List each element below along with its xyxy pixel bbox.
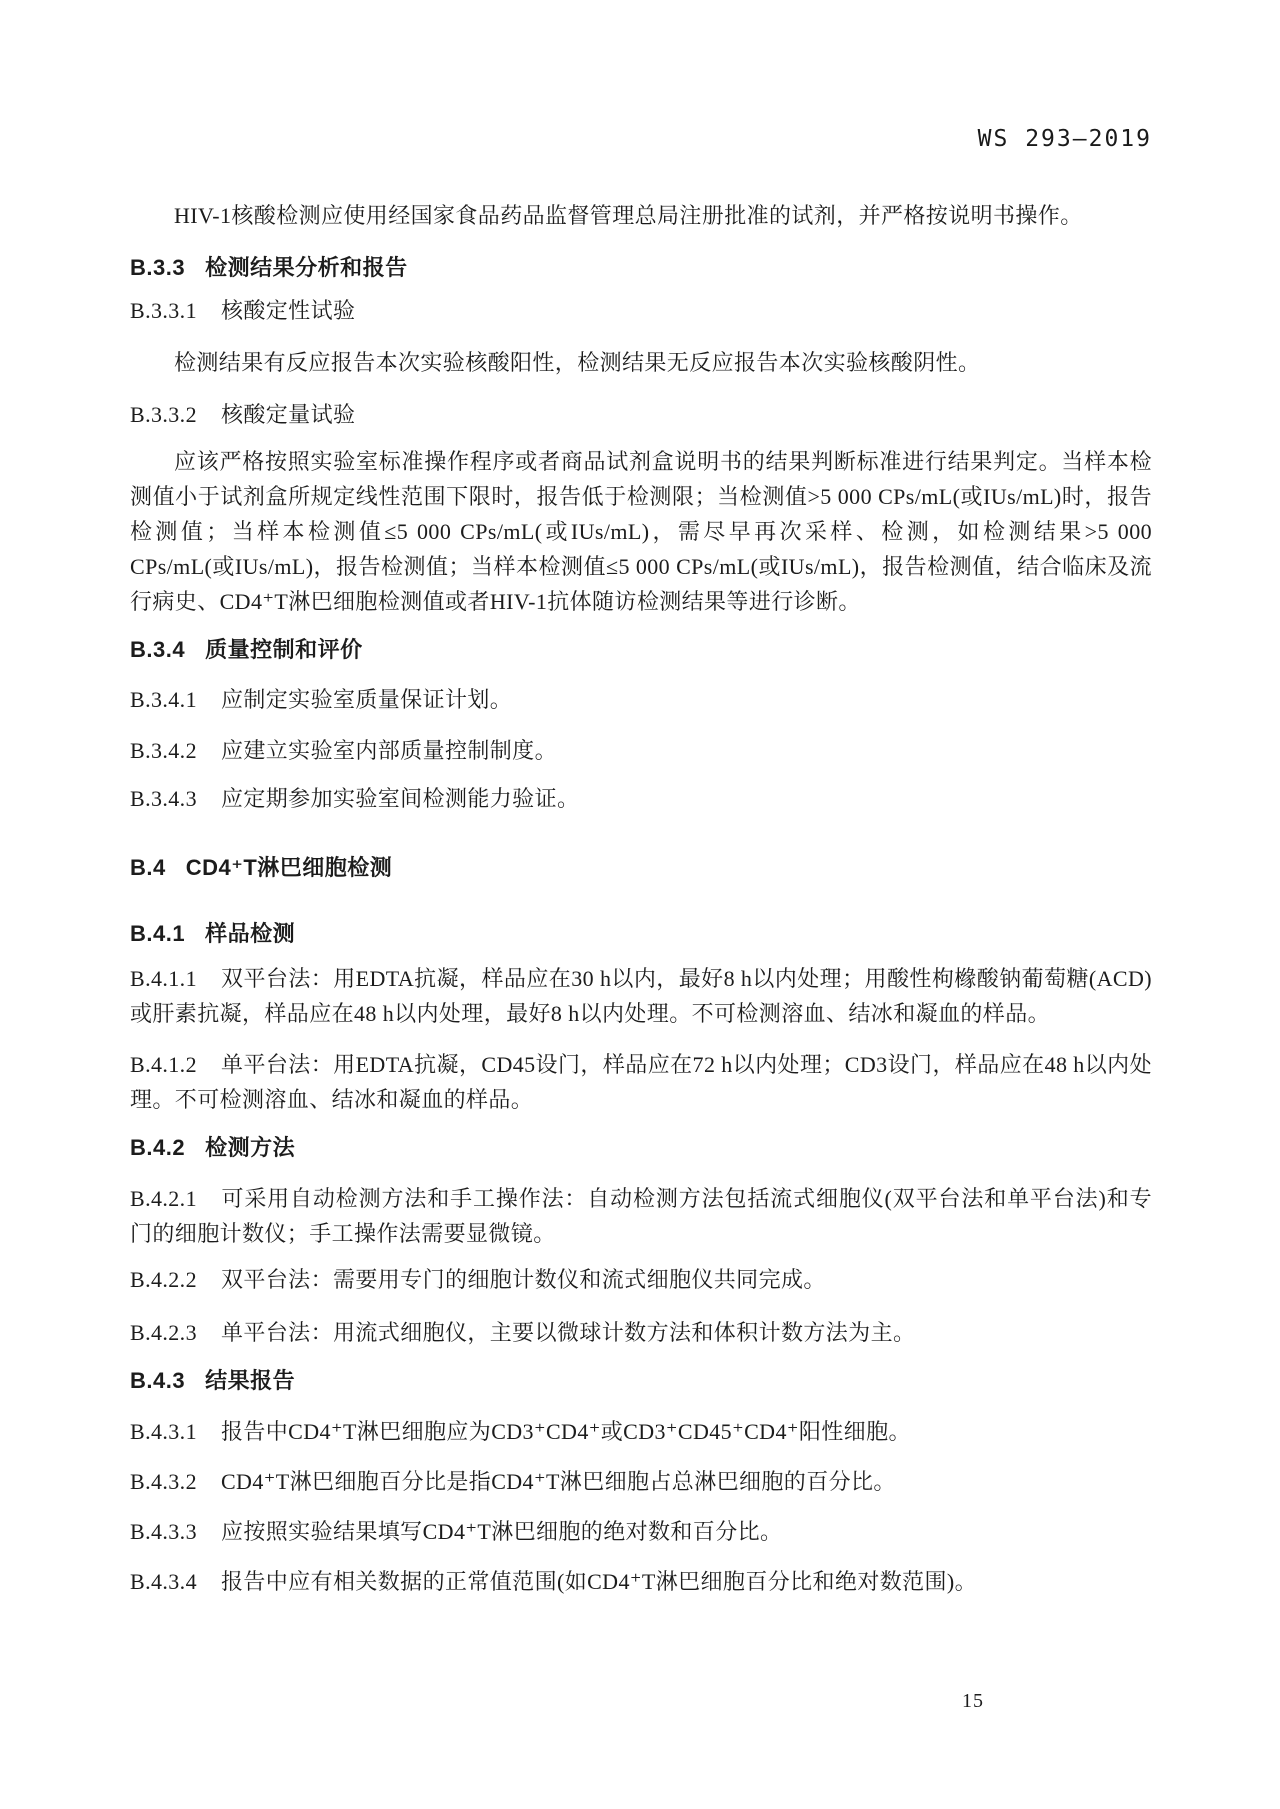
clause-text: 可采用自动检测方法和手工操作法：自动检测方法包括流式细胞仪(双平台法和单平台法)… <box>130 1186 1152 1246</box>
clause-number: B.4 <box>130 855 166 880</box>
clause-text: 单平台法：用流式细胞仪，主要以微球计数方法和体积计数方法为主。 <box>221 1320 915 1345</box>
clause-text: 应按照实验结果填写CD4⁺T淋巴细胞的绝对数和百分比。 <box>221 1519 782 1544</box>
clause-number: B.4.3.4 <box>130 1569 197 1594</box>
heading-b3-3: B.3.3检测结果分析和报告 <box>130 250 1152 285</box>
heading-b3-4: B.3.4质量控制和评价 <box>130 632 1152 667</box>
clause-text: 应建立实验室内部质量控制制度。 <box>221 738 557 763</box>
clause-b4-3-3: B.4.3.3应按照实验结果填写CD4⁺T淋巴细胞的绝对数和百分比。 <box>130 1514 1152 1549</box>
clause-number: B.4.1 <box>130 921 185 946</box>
clause-text: 单平台法：用EDTA抗凝，CD45设门，样品应在72 h以内处理；CD3设门，样… <box>130 1052 1152 1112</box>
paragraph-quantitative-result: 应该严格按照实验室标准操作程序或者商品试剂盒说明书的结果判断标准进行结果判定。当… <box>130 444 1152 619</box>
clause-number: B.4.3.2 <box>130 1469 197 1494</box>
clause-b4-3-4: B.4.3.4报告中应有相关数据的正常值范围(如CD4⁺T淋巴细胞百分比和绝对数… <box>130 1564 1152 1599</box>
clause-number: B.3.3 <box>130 255 185 280</box>
clause-title: 结果报告 <box>205 1368 295 1393</box>
clause-number: B.3.4 <box>130 637 185 662</box>
clause-number: B.4.3.3 <box>130 1519 197 1544</box>
standard-number-header: WS 293—2019 <box>130 0 1152 152</box>
clause-text: 应定期参加实验室间检测能力验证。 <box>221 786 579 811</box>
clause-number: B.3.3.1 <box>130 298 197 323</box>
page-number: 15 <box>962 1690 984 1713</box>
clause-number: B.4.1.1 <box>130 966 197 991</box>
clause-text: 应制定实验室质量保证计划。 <box>221 687 512 712</box>
heading-b4-1: B.4.1样品检测 <box>130 916 1152 951</box>
clause-text: 报告中应有相关数据的正常值范围(如CD4⁺T淋巴细胞百分比和绝对数范围)。 <box>221 1569 977 1594</box>
heading-b4: B.4CD4⁺T淋巴细胞检测 <box>130 850 1152 885</box>
clause-b4-2-1: B.4.2.1可采用自动检测方法和手工操作法：自动检测方法包括流式细胞仪(双平台… <box>130 1181 1152 1251</box>
clause-title: 检测方法 <box>205 1135 295 1160</box>
heading-b4-2: B.4.2检测方法 <box>130 1130 1152 1165</box>
clause-b4-1-1: B.4.1.1双平台法：用EDTA抗凝，样品应在30 h以内，最好8 h以内处理… <box>130 961 1152 1031</box>
heading-b4-3: B.4.3结果报告 <box>130 1363 1152 1398</box>
clause-number: B.3.4.3 <box>130 786 197 811</box>
clause-title: 质量控制和评价 <box>205 637 363 662</box>
clause-number: B.4.2.2 <box>130 1267 197 1292</box>
clause-text: 报告中CD4⁺T淋巴细胞应为CD3⁺CD4⁺或CD3⁺CD45⁺CD4⁺阳性细胞… <box>221 1419 911 1444</box>
clause-number: B.4.3 <box>130 1368 185 1393</box>
clause-title: 样品检测 <box>205 921 295 946</box>
clause-b4-1-2: B.4.1.2单平台法：用EDTA抗凝，CD45设门，样品应在72 h以内处理；… <box>130 1047 1152 1117</box>
clause-text: CD4⁺T淋巴细胞百分比是指CD4⁺T淋巴细胞占总淋巴细胞的百分比。 <box>221 1469 896 1494</box>
clause-text: 双平台法：需要用专门的细胞计数仪和流式细胞仪共同完成。 <box>221 1267 826 1292</box>
clause-number: B.4.3.1 <box>130 1419 197 1444</box>
document-page: WS 293—2019 HIV-1核酸检测应使用经国家食品药品监督管理总局注册批… <box>0 0 1280 1809</box>
clause-title: CD4⁺T淋巴细胞检测 <box>186 855 393 880</box>
clause-b4-3-1: B.4.3.1报告中CD4⁺T淋巴细胞应为CD3⁺CD4⁺或CD3⁺CD45⁺C… <box>130 1414 1152 1449</box>
clause-number: B.4.1.2 <box>130 1052 197 1077</box>
clause-number: B.4.2.3 <box>130 1320 197 1345</box>
clause-number: B.3.4.1 <box>130 687 197 712</box>
clause-title: 核酸定性试验 <box>221 298 355 323</box>
clause-title: 核酸定量试验 <box>221 402 355 427</box>
clause-b3-4-1: B.3.4.1应制定实验室质量保证计划。 <box>130 682 1152 717</box>
clause-b4-2-3: B.4.2.3单平台法：用流式细胞仪，主要以微球计数方法和体积计数方法为主。 <box>130 1315 1152 1350</box>
heading-b3-3-1: B.3.3.1核酸定性试验 <box>130 293 1152 328</box>
clause-number: B.3.3.2 <box>130 402 197 427</box>
clause-b3-4-3: B.3.4.3应定期参加实验室间检测能力验证。 <box>130 781 1152 816</box>
heading-b3-3-2: B.3.3.2核酸定量试验 <box>130 397 1152 432</box>
clause-b4-3-2: B.4.3.2CD4⁺T淋巴细胞百分比是指CD4⁺T淋巴细胞占总淋巴细胞的百分比… <box>130 1464 1152 1499</box>
paragraph-reagent-requirement: HIV-1核酸检测应使用经国家食品药品监督管理总局注册批准的试剂，并严格按说明书… <box>130 198 1152 233</box>
clause-text: 双平台法：用EDTA抗凝，样品应在30 h以内，最好8 h以内处理；用酸性枸橼酸… <box>130 966 1152 1026</box>
clause-number: B.4.2.1 <box>130 1186 197 1211</box>
clause-number: B.4.2 <box>130 1135 185 1160</box>
clause-b4-2-2: B.4.2.2双平台法：需要用专门的细胞计数仪和流式细胞仪共同完成。 <box>130 1262 1152 1297</box>
clause-number: B.3.4.2 <box>130 738 197 763</box>
paragraph-qualitative-result: 检测结果有反应报告本次实验核酸阳性，检测结果无反应报告本次实验核酸阴性。 <box>130 345 1152 380</box>
clause-title: 检测结果分析和报告 <box>205 255 408 280</box>
clause-b3-4-2: B.3.4.2应建立实验室内部质量控制制度。 <box>130 733 1152 768</box>
